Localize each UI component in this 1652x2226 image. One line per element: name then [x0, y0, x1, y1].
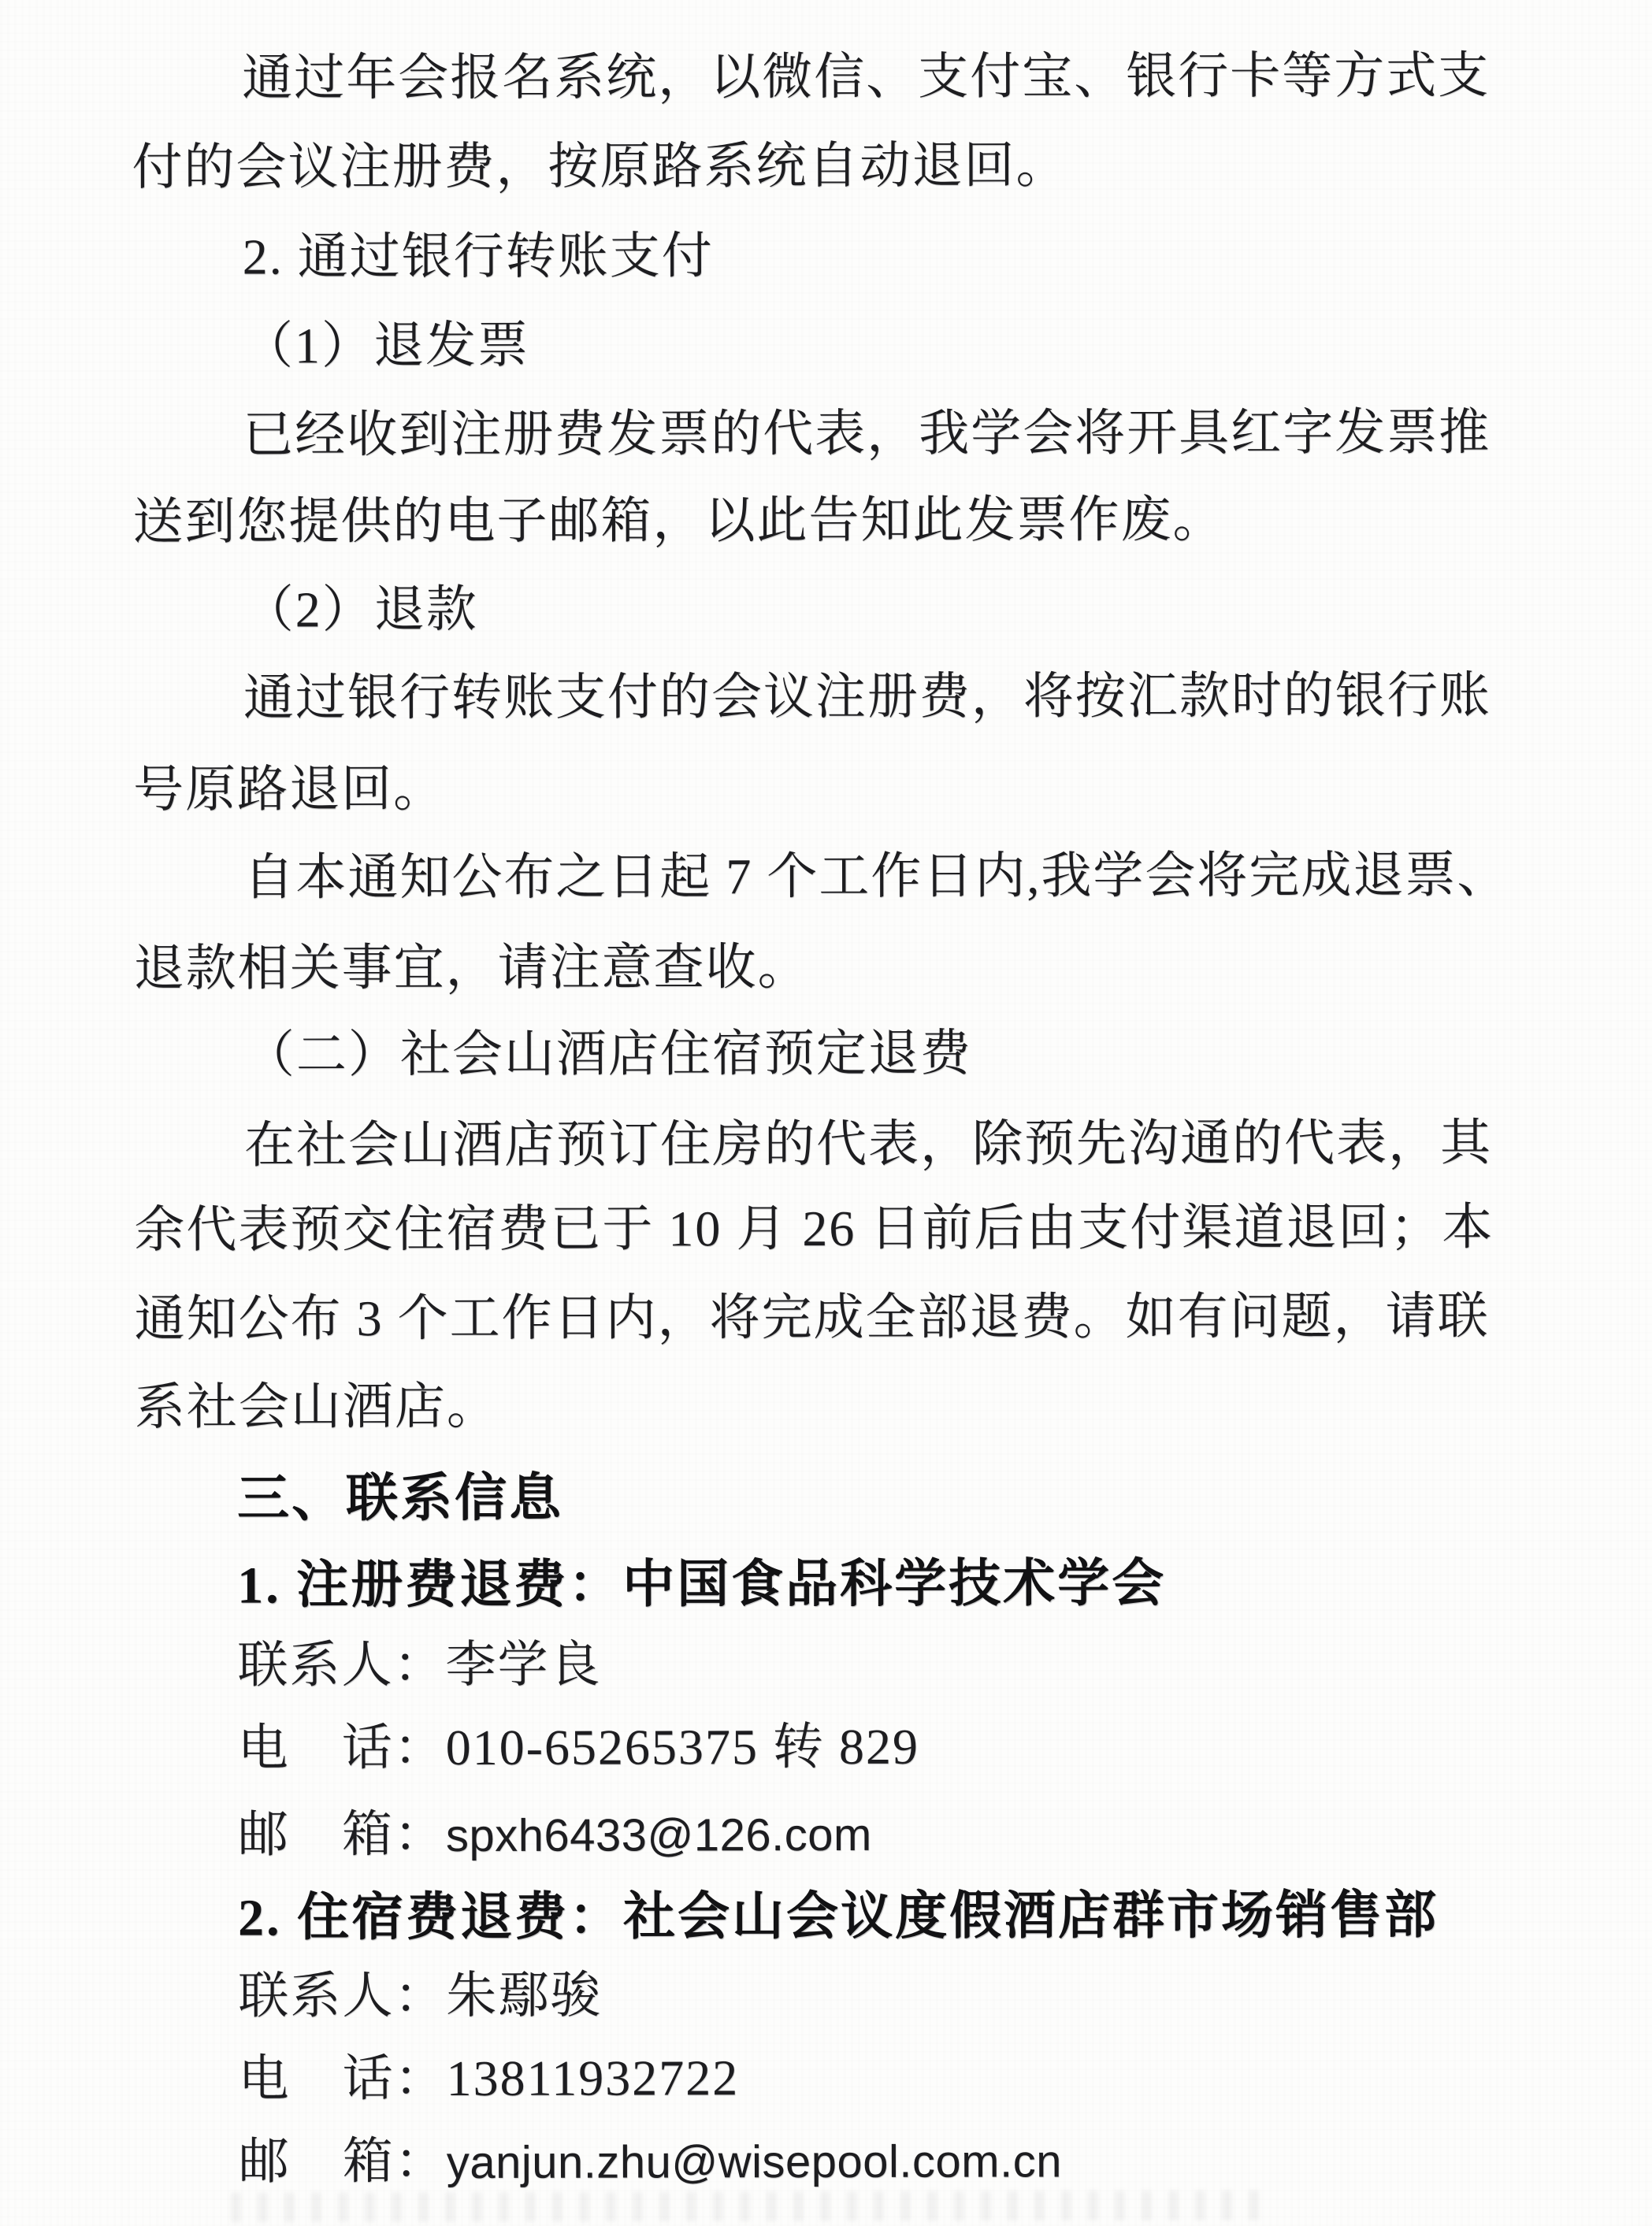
paragraph-line: 通过年会报名系统，以微信、支付宝、银行卡等方式支	[242, 50, 1490, 103]
contact-info-section-heading: 三、联系信息	[237, 1473, 563, 1526]
paragraph-line: 号原路退回。	[133, 764, 445, 815]
scanned-sheet: 通过年会报名系统，以微信、支付宝、银行卡等方式支 付的会议注册费，按原路系统自动…	[0, 0, 1652, 2226]
email-label: 邮 箱：	[239, 2133, 447, 2190]
paragraph-line: 送到您提供的电子邮箱，以此告知此发票作废。	[132, 495, 1224, 547]
registration-refund-heading: 1. 注册费退费：中国食品科学技术学会	[237, 1558, 1166, 1612]
email-label: 邮 箱：	[238, 1806, 446, 1863]
hotel-contact-line: 联系人：朱鄢骏	[238, 1971, 602, 2022]
paragraph-line: 退款相关事宜，请注意查收。	[134, 942, 810, 994]
paragraph-line: 在社会山酒店预订住房的代表，除预先沟通的代表，其	[244, 1118, 1492, 1171]
contact-person-name: 李学良	[445, 1637, 601, 1693]
email-address: spxh6433@126.com	[446, 1809, 872, 1861]
scan-bleed-artifact	[231, 2191, 1271, 2223]
subsection-heading-line: （二）社会山酒店住宿预定退费	[244, 1029, 972, 1081]
document-page: 通过年会报名系统，以微信、支付宝、银行卡等方式支 付的会议注册费，按原路系统自动…	[0, 0, 1652, 2226]
paragraph-line: 通知公布 3 个工作日内，将完成全部退费。如有问题，请联	[134, 1291, 1489, 1345]
phone-number: 010-65265375 转 829	[446, 1719, 919, 1775]
phone-label: 电 话：	[238, 1720, 446, 1776]
registration-phone-line: 电 话：010-65265375 转 829	[238, 1722, 919, 1774]
email-address: yanjun.zhu@wisepool.com.cn	[447, 2135, 1062, 2188]
paragraph-line: 系社会山酒店。	[135, 1382, 499, 1433]
hotel-email-line: 邮 箱：yanjun.zhu@wisepool.com.cn	[239, 2135, 1062, 2187]
contact-person-label: 联系人：	[237, 1637, 445, 1694]
paragraph-line: 付的会议注册费，按原路系统自动退回。	[132, 140, 1067, 192]
registration-email-line: 邮 箱：spxh6433@126.com	[238, 1809, 872, 1861]
paragraph-line: 通过银行转账支付的会议注册费，将按汇款时的银行账	[243, 670, 1491, 723]
list-item-line: 2. 通过银行转账支付	[243, 231, 714, 282]
phone-number: 13811932722	[446, 2050, 739, 2106]
hotel-phone-line: 电 话：13811932722	[239, 2053, 740, 2104]
contact-person-label: 联系人：	[238, 1968, 446, 2024]
phone-label: 电 话：	[238, 2050, 446, 2107]
paragraph-line: 已经收到注册费发票的代表，我学会将开具红字发票推	[243, 407, 1491, 460]
paragraph-line: 自本通知公布之日起 7 个工作日内,我学会将完成退票、	[243, 850, 1509, 903]
registration-contact-line: 联系人：李学良	[237, 1640, 601, 1691]
contact-person-name: 朱鄢骏	[446, 1968, 602, 2024]
hotel-refund-heading: 2. 住宿费退费：社会山会议度假酒店群市场销售部	[238, 1890, 1439, 1944]
list-item-line: （2）退款	[243, 584, 478, 636]
paragraph-line: 余代表预交住宿费已于 10 月 26 日前后由支付渠道退回；本	[134, 1202, 1494, 1256]
list-item-line: （1）退发票	[243, 321, 529, 372]
